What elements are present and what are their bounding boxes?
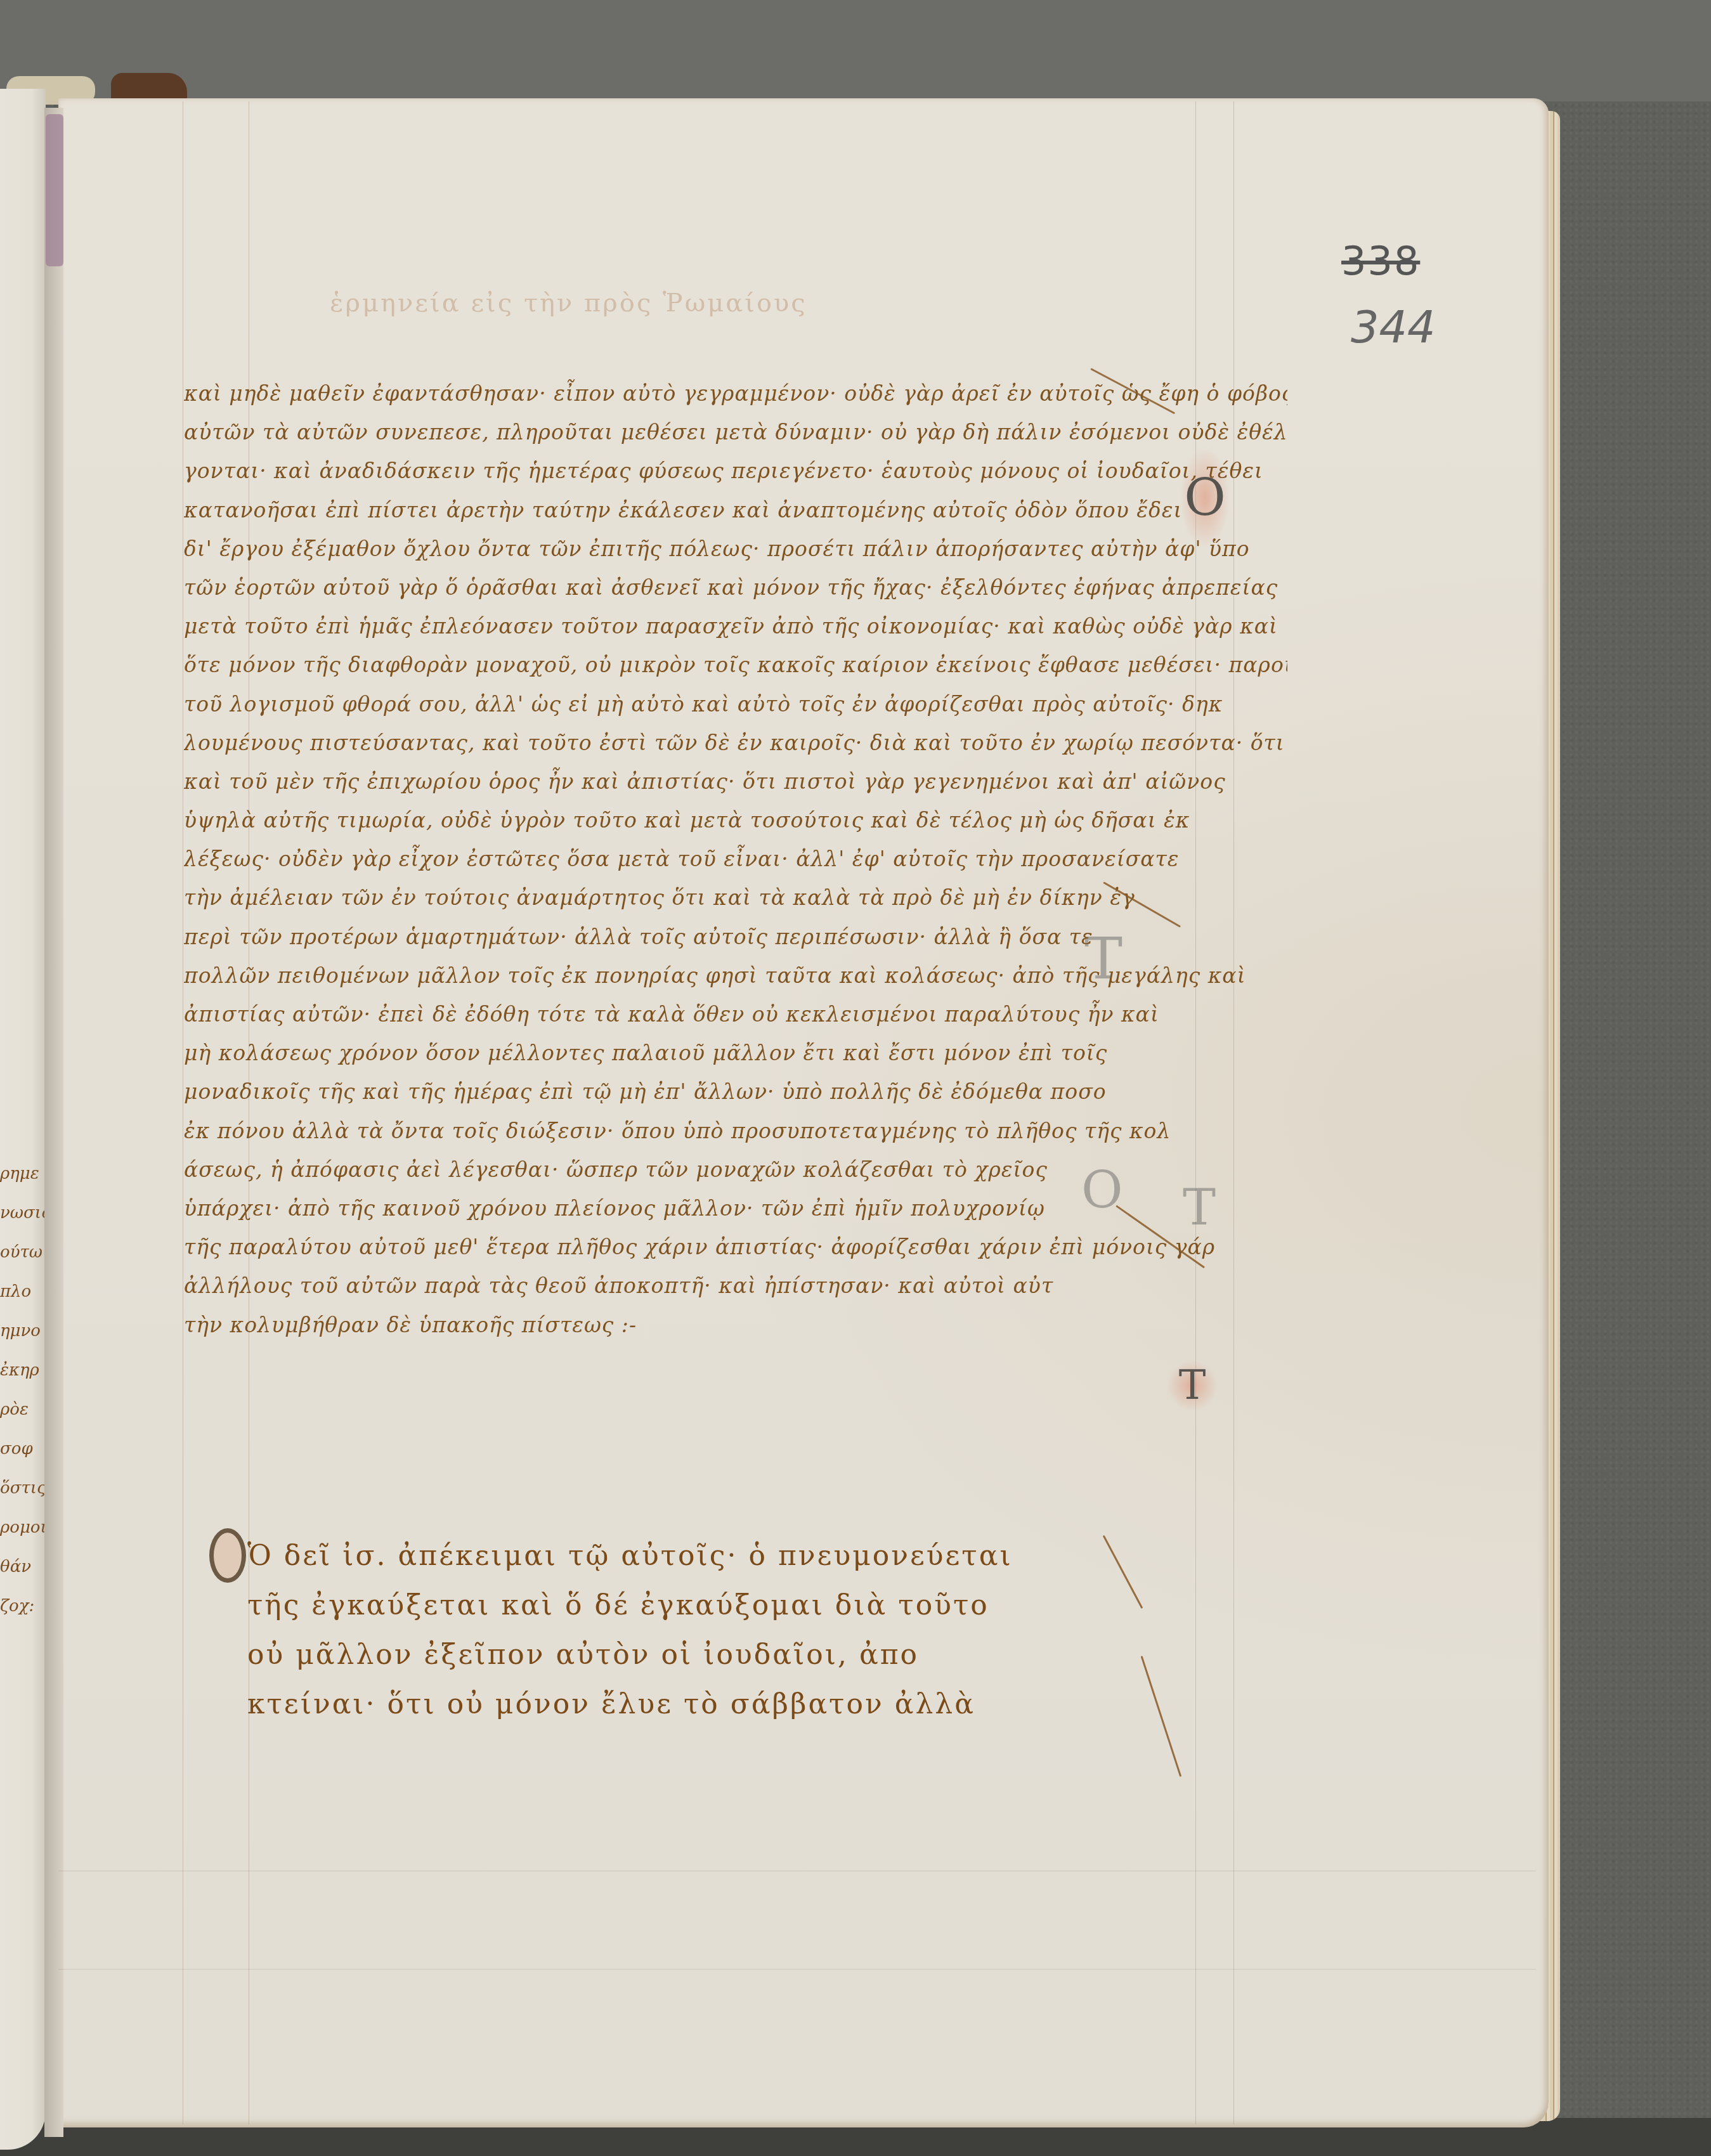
rubric-initial-mark: Τ: [1167, 1360, 1218, 1411]
text-line: δι' ἔργου ἐξέμαθον ὄχλου ὄντα τῶν ἐπιτῆς…: [184, 529, 1287, 568]
text-line-large: κτείναι· ὅτι οὐ μόνον ἔλυε τὸ σάββατον ἀ…: [247, 1680, 1148, 1729]
facing-left-page: [0, 89, 46, 2150]
text-line: ὅτε μόνον τῆς διαφθορὰν μοναχοῦ, οὐ μικρ…: [184, 646, 1287, 684]
marginal-note: ἐκηρ: [0, 1351, 44, 1390]
text-line: μὴ κολάσεως χρόνον ὅσον μέλλοντες παλαιο…: [184, 1034, 1287, 1072]
marginal-note: ὅστις: [0, 1469, 44, 1508]
text-line: περὶ τῶν προτέρων ἁμαρτημάτων· ἀλλὰ τοῖς…: [184, 918, 1287, 956]
marginal-note: ρὸε: [0, 1390, 44, 1429]
marginal-note: ζοχ:: [0, 1587, 44, 1626]
text-line: ἀπιστίας αὐτῶν· ἐπεὶ δὲ ἐδόθη τότε τὰ κα…: [184, 995, 1287, 1034]
text-line: κατανοῆσαι ἐπὶ πίστει ἀρετὴν ταύτην ἐκάλ…: [184, 491, 1287, 529]
gutter: [44, 108, 63, 2137]
text-line-large: Ὁ δεῖ ἰσ. ἀπέκειμαι τῷ αὐτοῖς· ὁ πνευμον…: [247, 1531, 1148, 1581]
text-line: τῶν ἑορτῶν αὐτοῦ γὰρ ὅ ὁρᾶσθαι καὶ ἀσθεν…: [184, 568, 1287, 607]
main-text-block: καὶ μηδὲ μαθεῖν ἐφαντάσθησαν· εἶπον αὐτὸ…: [184, 374, 1287, 1344]
text-line: τοῦ λογισμοῦ φθορά σου, ἀλλ' ὡς εἰ μὴ αὐ…: [184, 685, 1287, 724]
large-script-text-block: Ὁ δεῖ ἰσ. ἀπέκειμαι τῷ αὐτοῖς· ὁ πνευμον…: [247, 1531, 1148, 1729]
text-line: λέξεως· οὐδὲν γὰρ εἶχον ἐστῶτες ὅσα μετὰ…: [184, 840, 1287, 878]
text-line: αὐτῶν τὰ αὐτῶν συνεπεσε, πληροῦται μεθέσ…: [184, 413, 1287, 451]
text-line: γονται· καὶ ἀναδιδάσκειν τῆς ἡμετέρας φύ…: [184, 451, 1287, 490]
text-line: ἀλλήλους τοῦ αὐτῶν παρὰ τὰς θεοῦ ἀποκοπτ…: [184, 1266, 1287, 1305]
left-page-marginalia: ρημε νωσις ούτω πλο ημνο ἐκηρ ρὸε σοφ ὅσ…: [0, 1154, 44, 1725]
binding-leather-fragment: [111, 73, 187, 101]
ruling-line-vertical: [183, 101, 183, 2124]
text-line: ὑψηλὰ αὐτῆς τιμωρία, οὐδὲ ὑγρὸν τοῦτο κα…: [184, 801, 1287, 840]
marginal-note: ρομοι: [0, 1508, 44, 1547]
text-line: άσεως, ἡ ἀπόφασις ἀεὶ λέγεσθαι· ὥσπερ τῶ…: [184, 1150, 1287, 1189]
text-line-large: τῆς ἐγκαύξεται καὶ ὅ δέ ἐγκαύξομαι διὰ τ…: [247, 1581, 1148, 1630]
decorated-initial-omicron: [209, 1528, 246, 1583]
marginal-note: θάν: [0, 1547, 44, 1587]
text-line: τὴν ἀμέλειαν τῶν ἐν τούτοις ἀναμάρτητος …: [184, 878, 1287, 917]
text-line: τῆς παραλύτου αὐτοῦ μεθ' ἕτερα πλῆθος χά…: [184, 1228, 1287, 1266]
marginal-note: σοφ: [0, 1429, 44, 1469]
marginal-note: πλο: [0, 1272, 44, 1311]
text-line: μοναδικοῖς τῆς καὶ τῆς ἡμέρας ἐπὶ τῷ μὴ …: [184, 1072, 1287, 1111]
text-line: καὶ μηδὲ μαθεῖν ἐφαντάσθησαν· εἶπον αὐτὸ…: [184, 374, 1287, 413]
marginal-note: ούτω: [0, 1233, 44, 1272]
marginal-note: ημνο: [0, 1311, 44, 1351]
text-line: τὴν κολυμβήθραν δὲ ὑπακοῆς πίστεως :-: [184, 1306, 1287, 1344]
text-line: λουμένους πιστεύσαντας, καὶ τοῦτο ἐστὶ τ…: [184, 724, 1287, 762]
text-line: καὶ τοῦ μὲν τῆς ἐπιχωρίου ὁρος ἦν καὶ ἀπ…: [184, 762, 1287, 801]
ruling-line-horizontal: [58, 1871, 1536, 1871]
folio-number: 344: [1351, 301, 1436, 353]
text-line: ἐκ πόνου ἀλλὰ τὰ ὄντα τοῖς διώξεσιν· ὅπο…: [184, 1112, 1287, 1150]
text-line: μετὰ τοῦτο ἐπὶ ἡμᾶς ἐπλεόνασεν τοῦτον πα…: [184, 607, 1287, 646]
marginal-note: νωσις: [0, 1193, 44, 1233]
folio-number-struck: 338: [1341, 238, 1420, 284]
ruling-line-horizontal: [58, 1969, 1536, 1970]
running-title-offset: ἑρμηνεία εἰς τὴν πρὸς Ῥωμαίους: [330, 289, 807, 318]
text-line-large: οὐ μᾶλλον ἐξεῖπον αὐτὸν οἱ ἰουδαῖοι, ἀπο: [247, 1630, 1148, 1680]
purple-stain: [46, 114, 63, 266]
backdrop-top: [0, 0, 1711, 101]
text-line: πολλῶν πειθομένων μᾶλλον τοῖς ἐκ πονηρία…: [184, 956, 1287, 995]
marginal-note: ρημε: [0, 1154, 44, 1193]
